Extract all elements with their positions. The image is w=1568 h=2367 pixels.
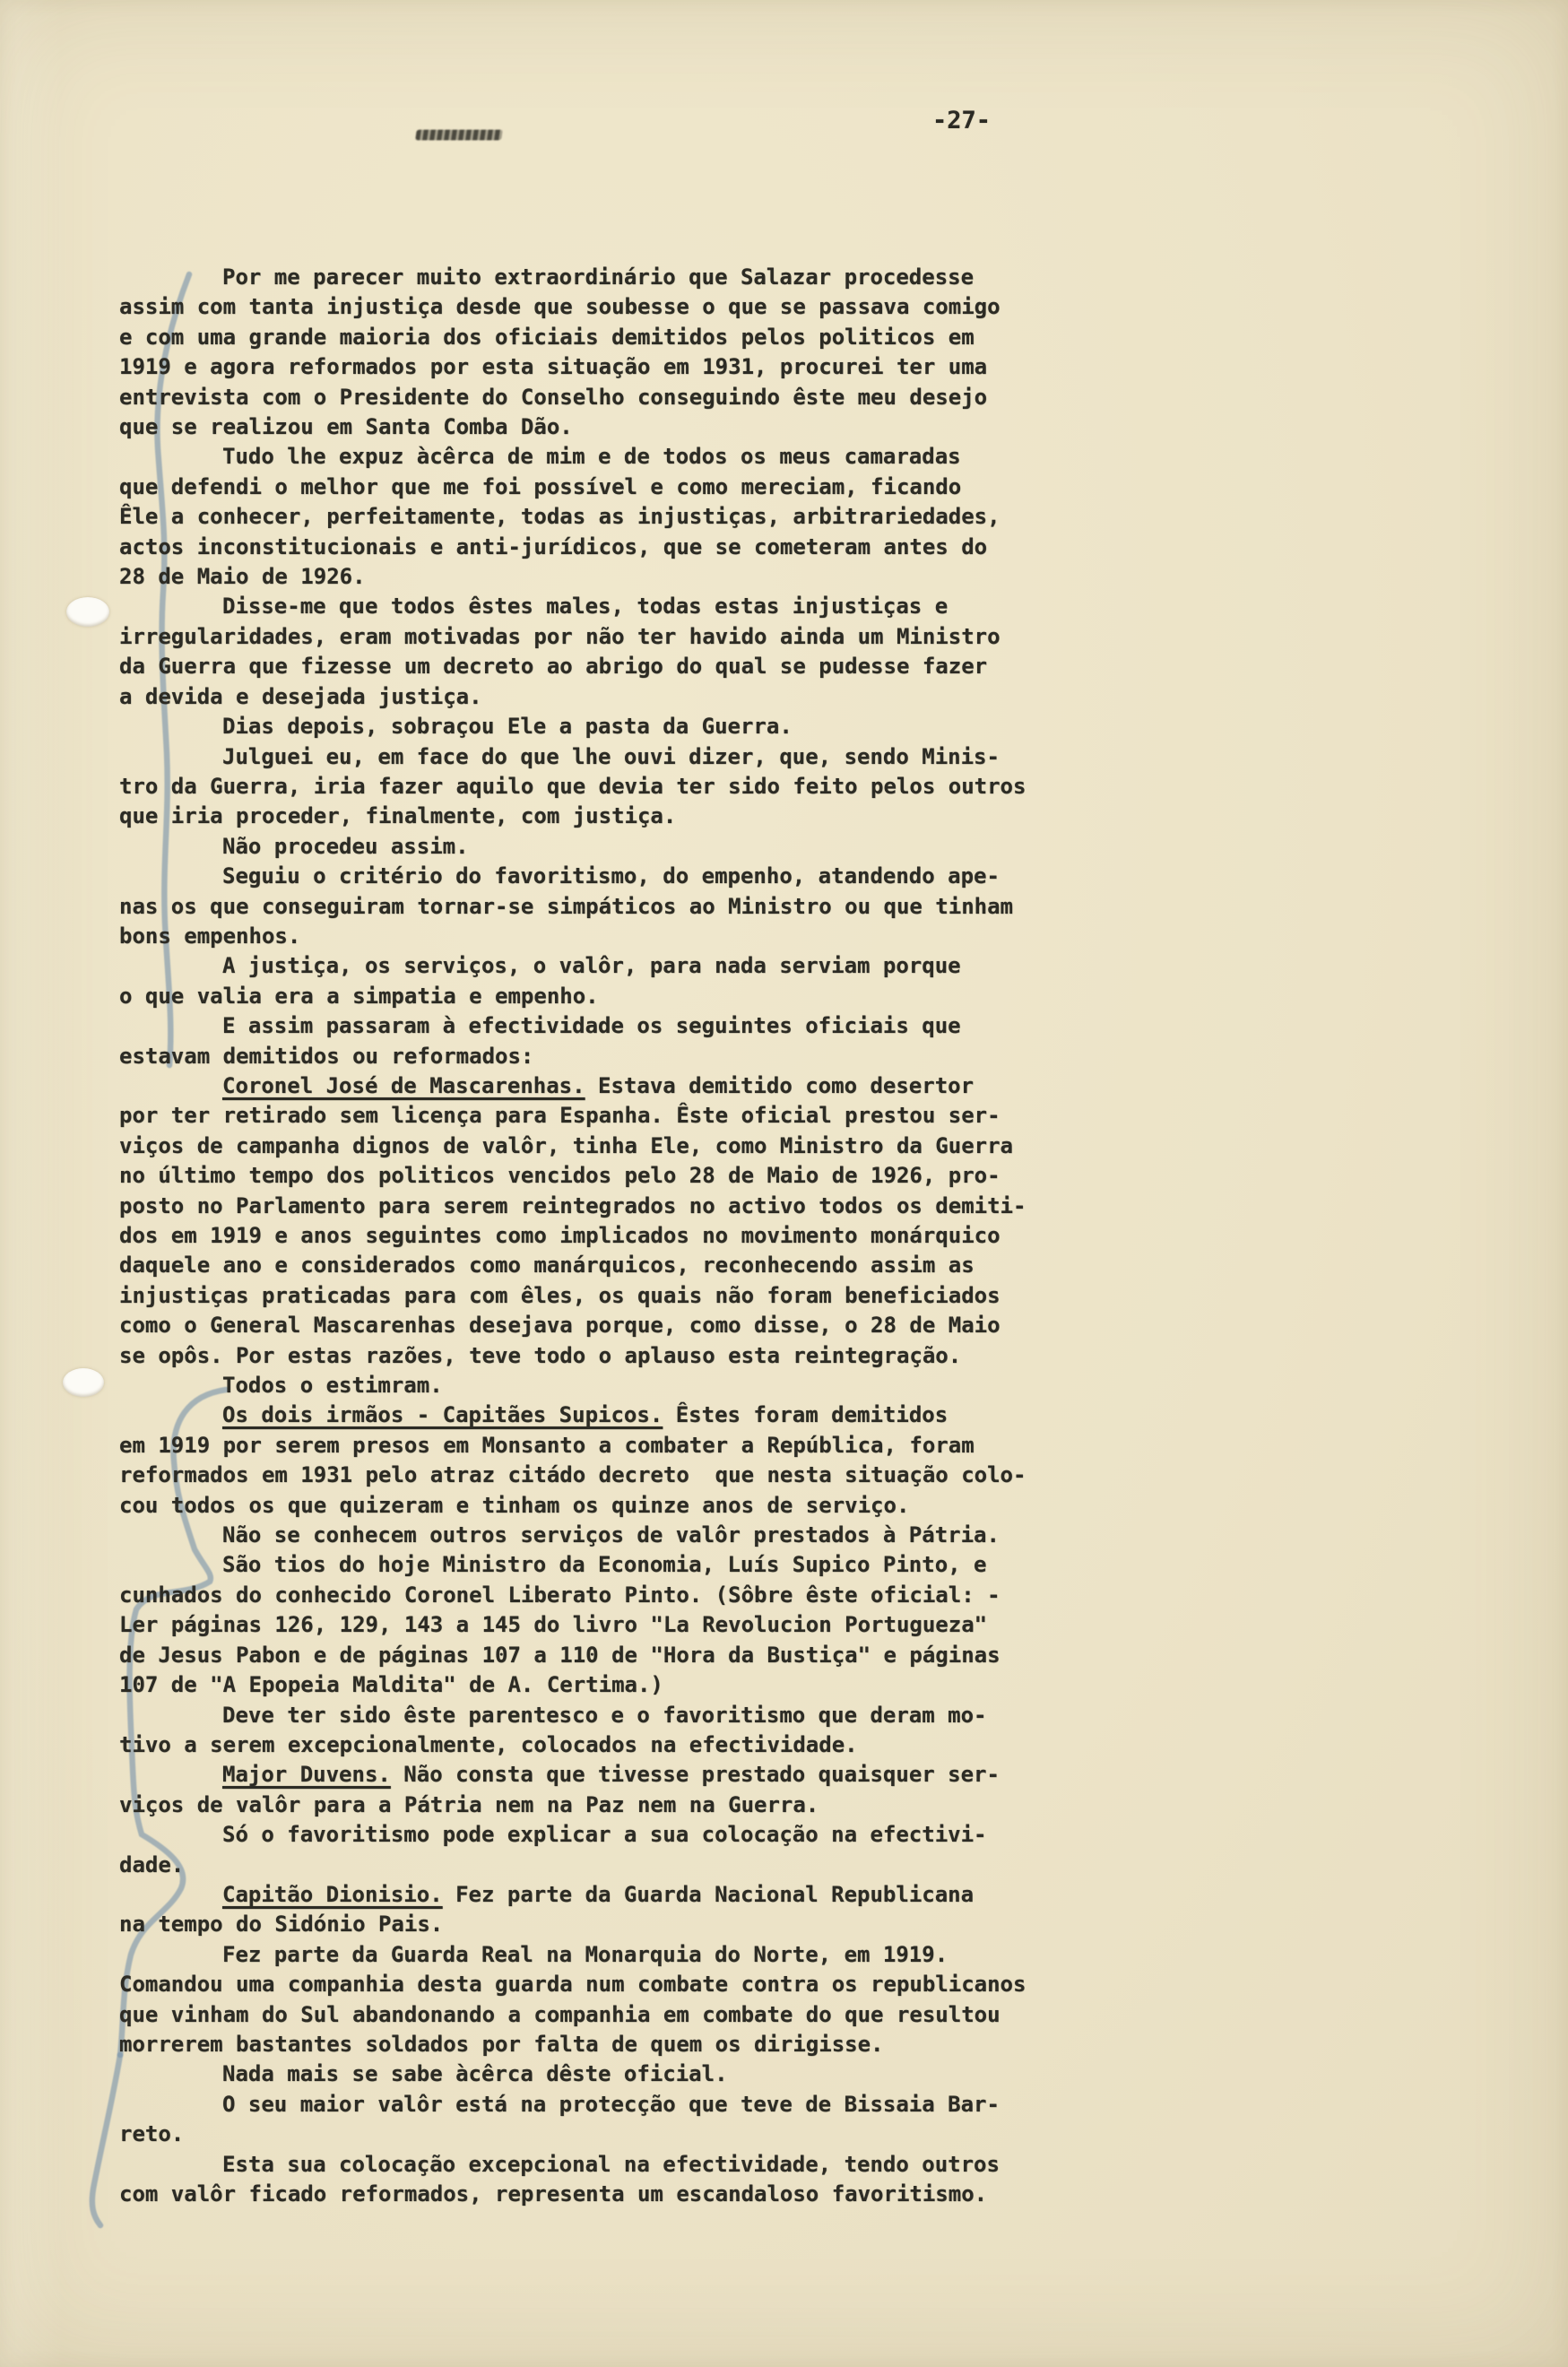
typewritten-line: Julguei eu, em face do que lhe ouvi dize…	[119, 742, 1070, 772]
typewritten-line: tivo a serem excepcionalmente, colocados…	[119, 1730, 1070, 1760]
typewritten-line: Deve ter sido êste parentesco e o favori…	[119, 1701, 1070, 1730]
typewritten-line: no último tempo dos politicos vencidos p…	[119, 1161, 1070, 1191]
line-text: o que valia era a simpatia e empenho.	[119, 984, 599, 1009]
line-text: Ler páginas 126, 129, 143 a 145 do livro…	[119, 1612, 987, 1637]
typewritten-line: por ter retirado sem licença para Espanh…	[119, 1101, 1070, 1131]
line-text: Fez parte da Guarda Real na Monarquia do…	[222, 1942, 948, 1967]
typewritten-line: Não procedeu assim.	[119, 832, 1070, 862]
typewritten-line: bons empenhos.	[119, 922, 1070, 951]
line-text: por ter retirado sem licença para Espanh…	[119, 1103, 1001, 1128]
line-text: Todos o estimram.	[222, 1373, 443, 1398]
line-text: Não se conhecem outros serviços de valôr…	[222, 1522, 1000, 1548]
line-text: morrerem bastantes soldados por falta de…	[119, 2032, 884, 2057]
typewritten-line: reto.	[119, 2120, 1070, 2149]
typewritten-line: E assim passaram à efectividade os segui…	[119, 1011, 1070, 1041]
typewritten-line: estavam demitidos ou reformados:	[119, 1042, 1070, 1071]
line-text: Comandou uma companhia desta guarda num …	[119, 1972, 1026, 1997]
typewritten-line: a devida e desejada justiça.	[119, 682, 1070, 712]
line-text: viços de campanha dignos de valôr, tinha…	[119, 1133, 1013, 1158]
typewritten-line: viços de campanha dignos de valôr, tinha…	[119, 1131, 1070, 1161]
typewritten-line: Ler páginas 126, 129, 143 a 145 do livro…	[119, 1610, 1070, 1640]
line-text: 1919 e agora reformados por esta situaçã…	[119, 354, 987, 379]
typewritten-line: Major Duvens. Não consta que tivesse pre…	[119, 1760, 1070, 1790]
line-text: Êstes foram demitidos	[663, 1402, 948, 1427]
typewritten-line: Só o favoritismo pode explicar a sua col…	[119, 1820, 1070, 1850]
typewritten-line: se opôs. Por estas razões, teve todo o a…	[119, 1341, 1070, 1371]
line-text: Fez parte da Guarda Nacional Republicana	[443, 1882, 974, 1907]
typewritten-line: tro da Guerra, iria fazer aquilo que dev…	[119, 772, 1070, 802]
typewritten-line: Seguiu o critério do favoritismo, do emp…	[119, 862, 1070, 891]
typewritten-line: nas os que conseguiram tornar-se simpáti…	[119, 892, 1070, 922]
typewritten-line: daquele ano e considerados como manárqui…	[119, 1251, 1070, 1280]
typewritten-line: dade.	[119, 1851, 1070, 1880]
line-text: dos em 1919 e anos seguintes como implic…	[119, 1223, 1001, 1248]
line-text: viços de valôr para a Pátria nem na Paz …	[119, 1792, 819, 1817]
line-text: Dias depois, sobraçou Ele a pasta da Gue…	[222, 714, 793, 739]
typewritten-line: que se realizou em Santa Comba Dão.	[119, 412, 1070, 442]
line-text: injustiças praticadas para com êles, os …	[119, 1283, 1001, 1308]
punch-hole	[66, 597, 109, 627]
typewritten-line: São tios do hoje Ministro da Economia, L…	[119, 1550, 1070, 1580]
page-number: -27-	[932, 106, 991, 136]
typewritten-line: como o General Mascarenhas desejava porq…	[119, 1311, 1070, 1340]
line-text: se opôs. Por estas razões, teve todo o a…	[119, 1343, 961, 1368]
typewritten-line: de Jesus Pabon e de páginas 107 a 110 de…	[119, 1641, 1070, 1670]
line-text: de Jesus Pabon e de páginas 107 a 110 de…	[119, 1643, 1001, 1668]
typewritten-line: cunhados do conhecido Coronel Liberato P…	[119, 1581, 1070, 1610]
typewritten-line: Nada mais se sabe àcêrca dêste oficial.	[119, 2059, 1070, 2089]
line-text: São tios do hoje Ministro da Economia, L…	[222, 1552, 987, 1577]
line-text: Não procedeu assim.	[222, 834, 469, 859]
line-text: em 1919 por serem presos em Monsanto a c…	[119, 1433, 975, 1458]
underlined-heading: Os dois irmãos - Capitães Supicos.	[222, 1402, 663, 1427]
line-text: cunhados do conhecido Coronel Liberato P…	[119, 1582, 1001, 1608]
line-text: daquele ano e considerados como manárqui…	[119, 1253, 975, 1278]
typewritten-line: da Guerra que fizesse um decreto ao abri…	[119, 652, 1070, 681]
line-text: reformados em 1931 pelo atraz citádo dec…	[119, 1462, 1026, 1487]
line-text: E assim passaram à efectividade os segui…	[222, 1013, 961, 1038]
line-text: Disse-me que todos êstes males, todas es…	[222, 594, 948, 619]
line-text: como o General Mascarenhas desejava porq…	[119, 1313, 1001, 1338]
line-text: Êle a conhecer, perfeitamente, todas as …	[119, 504, 1001, 529]
typewritten-line: O seu maior valôr está na protecção que …	[119, 2090, 1070, 2120]
typewritten-line: que vinham do Sul abandonando a companhi…	[119, 2000, 1070, 2030]
line-text: que se realizou em Santa Comba Dão.	[119, 414, 573, 439]
typewritten-line: reformados em 1931 pelo atraz citádo dec…	[119, 1461, 1070, 1490]
line-text: que defendi o melhor que me foi possível…	[119, 474, 961, 499]
typewritten-line: Esta sua colocação excepcional na efecti…	[119, 2150, 1070, 2180]
typewritten-line: A justiça, os serviços, o valôr, para na…	[119, 951, 1070, 981]
typewritten-line: posto no Parlamento para serem reintegra…	[119, 1192, 1070, 1221]
document-page: -27- Por me parecer muito extraordinário…	[0, 0, 1568, 2367]
line-text: A justiça, os serviços, o valôr, para na…	[222, 953, 961, 978]
line-text: 107 de "A Epopeia Maldita" de A. Certima…	[119, 1672, 663, 1697]
line-text: Seguiu o critério do favoritismo, do emp…	[222, 863, 1000, 889]
typewritten-line: assim com tanta injustiça desde que soub…	[119, 292, 1070, 322]
line-text: irregularidades, eram motivadas por não …	[119, 624, 1001, 649]
typewritten-line: Êle a conhecer, perfeitamente, todas as …	[119, 502, 1070, 532]
typewritten-line: Disse-me que todos êstes males, todas es…	[119, 592, 1070, 621]
line-text: na tempo do Sidónio Pais.	[119, 1912, 443, 1937]
overtyped-strikeout-mark	[415, 130, 503, 141]
typewritten-line: dos em 1919 e anos seguintes como implic…	[119, 1221, 1070, 1251]
line-text: assim com tanta injustiça desde que soub…	[119, 294, 1001, 319]
underlined-heading: Capitão Dionisio.	[222, 1882, 443, 1907]
typewritten-line: morrerem bastantes soldados por falta de…	[119, 2030, 1070, 2059]
line-text: que iria proceder, finalmente, com justi…	[119, 803, 676, 828]
line-text: no último tempo dos politicos vencidos p…	[119, 1163, 1001, 1188]
line-text: 28 de Maio de 1926.	[119, 564, 366, 589]
typewritten-line: 107 de "A Epopeia Maldita" de A. Certima…	[119, 1670, 1070, 1700]
typewritten-line: e com uma grande maioria dos oficiais de…	[119, 323, 1070, 352]
line-text: Não consta que tivesse prestado quaisque…	[391, 1762, 1000, 1787]
line-text: a devida e desejada justiça.	[119, 684, 482, 709]
line-text: O seu maior valôr está na protecção que …	[222, 2092, 1000, 2117]
underlined-heading: Major Duvens.	[222, 1762, 391, 1787]
line-text: tro da Guerra, iria fazer aquilo que dev…	[119, 774, 1026, 799]
typewritten-line: Comandou uma companhia desta guarda num …	[119, 1970, 1070, 1999]
typewritten-line: 1919 e agora reformados por esta situaçã…	[119, 352, 1070, 382]
line-text: que vinham do Sul abandonando a companhi…	[119, 2002, 1001, 2027]
typewritten-line: Os dois irmãos - Capitães Supicos. Êstes…	[119, 1400, 1070, 1430]
underlined-heading: Coronel José de Mascarenhas.	[222, 1073, 585, 1098]
typewritten-line: com valôr ficado reformados, representa …	[119, 2180, 1070, 2209]
typewritten-line: Dias depois, sobraçou Ele a pasta da Gue…	[119, 712, 1070, 741]
line-text: reto.	[119, 2121, 184, 2146]
line-text: entrevista com o Presidente do Conselho …	[119, 385, 987, 410]
line-text: Julguei eu, em face do que lhe ouvi dize…	[222, 744, 1000, 769]
line-text: Esta sua colocação excepcional na efecti…	[222, 2152, 1000, 2177]
line-text: Tudo lhe expuz àcêrca de mim e de todos …	[222, 444, 961, 469]
typewritten-line: o que valia era a simpatia e empenho.	[119, 982, 1070, 1011]
typewritten-line: injustiças praticadas para com êles, os …	[119, 1281, 1070, 1311]
typewritten-line: Coronel José de Mascarenhas. Estava demi…	[119, 1071, 1070, 1101]
typewritten-line: que defendi o melhor que me foi possível…	[119, 473, 1070, 502]
line-text: com valôr ficado reformados, representa …	[119, 2181, 987, 2207]
line-text: Nada mais se sabe àcêrca dêste oficial.	[222, 2061, 728, 2086]
line-text: nas os que conseguiram tornar-se simpáti…	[119, 894, 1013, 919]
line-text: da Guerra que fizesse um decreto ao abri…	[119, 654, 987, 679]
typewritten-line: Por me parecer muito extraordinário que …	[119, 263, 1070, 292]
typewritten-line: viços de valôr para a Pátria nem na Paz …	[119, 1790, 1070, 1820]
typewritten-line: Todos o estimram.	[119, 1371, 1070, 1400]
punch-hole	[63, 1368, 104, 1397]
line-text: posto no Parlamento para serem reintegra…	[119, 1193, 1026, 1218]
line-text: Por me parecer muito extraordinário que …	[222, 264, 974, 290]
typewritten-line: em 1919 por serem presos em Monsanto a c…	[119, 1431, 1070, 1461]
typewritten-line: entrevista com o Presidente do Conselho …	[119, 383, 1070, 412]
line-text: Deve ter sido êste parentesco e o favori…	[222, 1703, 987, 1728]
typewritten-line: 28 de Maio de 1926.	[119, 562, 1070, 592]
line-text: Só o favoritismo pode explicar a sua col…	[222, 1822, 987, 1847]
typewritten-line: cou todos os que quizeram e tinham os qu…	[119, 1491, 1070, 1521]
line-text: Estava demitido como desertor	[585, 1073, 974, 1098]
typewritten-line: na tempo do Sidónio Pais.	[119, 1910, 1070, 1939]
line-text: tivo a serem excepcionalmente, colocados…	[119, 1732, 858, 1757]
line-text: dade.	[119, 1852, 184, 1877]
line-text: estavam demitidos ou reformados:	[119, 1044, 533, 1069]
line-text: e com uma grande maioria dos oficiais de…	[119, 325, 975, 350]
line-text: actos inconstitucionais e anti-jurídicos…	[119, 534, 987, 559]
typewritten-line: Capitão Dionisio. Fez parte da Guarda Na…	[119, 1880, 1070, 1910]
typewritten-line: Não se conhecem outros serviços de valôr…	[119, 1521, 1070, 1550]
typewritten-text-block: Por me parecer muito extraordinário que …	[119, 263, 1070, 2209]
line-text: bons empenhos.	[119, 923, 300, 949]
typewritten-line: Tudo lhe expuz àcêrca de mim e de todos …	[119, 442, 1070, 472]
typewritten-line: que iria proceder, finalmente, com justi…	[119, 802, 1070, 831]
typewritten-line: actos inconstitucionais e anti-jurídicos…	[119, 533, 1070, 562]
typewritten-line: irregularidades, eram motivadas por não …	[119, 622, 1070, 652]
line-text: cou todos os que quizeram e tinham os qu…	[119, 1493, 909, 1518]
typewritten-line: Fez parte da Guarda Real na Monarquia do…	[119, 1940, 1070, 1970]
